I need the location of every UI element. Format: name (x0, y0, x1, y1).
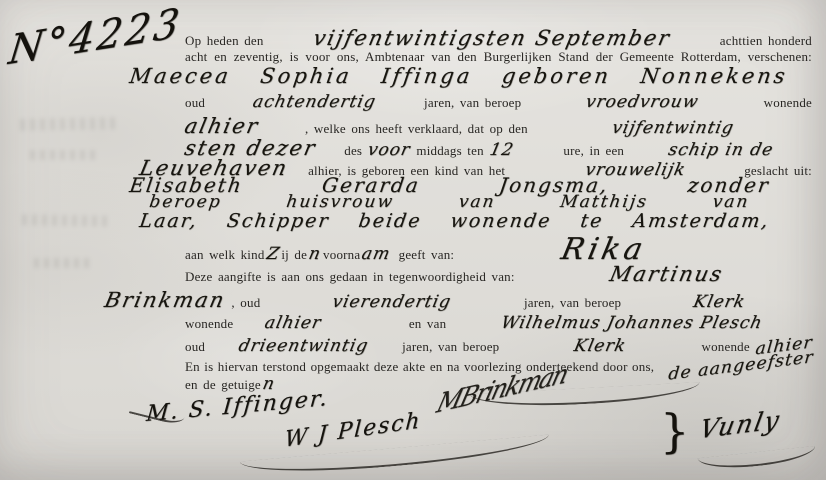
declarant-age: achtendertig (209, 92, 420, 112)
witness1-profession: Klerk (625, 292, 814, 312)
mother-details: beroep huisvrouw van Matthijs van (148, 192, 751, 212)
printed-text: jaren, van beroep (402, 339, 499, 355)
father-details: Laar, Schipper beide wonende te Amsterda… (138, 210, 771, 232)
printed-text: , oud (231, 295, 260, 311)
declarant-name: Maecea Sophia Iffinga geboren Nonnekens (128, 64, 789, 88)
line-child-name: aan welk kind Z ij de n voorna am geeft … (185, 232, 812, 266)
handwritten-correction: am (360, 244, 393, 264)
line-witness1-details: Brinkman , oud vierendertig jaren, van b… (105, 288, 812, 314)
signature-registrar: Vunly (697, 405, 783, 445)
signature-brace: } (660, 404, 689, 458)
line-witness2: wonende alhier en van Wilhelmus Johannes… (185, 313, 812, 337)
witness1-residence: alhier (263, 313, 323, 333)
line-declarant-details: oud achtendertig jaren, van beroep vroed… (185, 92, 812, 116)
declarant-profession: vroedvrouw (525, 92, 760, 112)
birth-certificate-document: N°4223 Op heden den vijfentwintigsten Se… (0, 0, 826, 480)
printed-text: achttien honderd (720, 33, 812, 49)
line-registration-date: Op heden den vijfentwintigsten September… (185, 26, 812, 50)
printed-text: en van (409, 316, 447, 332)
bleedthrough-mark (22, 214, 110, 227)
printed-text: wonende (185, 316, 233, 332)
witness1-firstname: Martinus (518, 262, 814, 286)
declarant-residence: alhier (182, 114, 261, 138)
witness2-age: drieentwintig (209, 336, 398, 356)
bleedthrough-mark (20, 117, 120, 131)
printed-text: aan welk kind (185, 247, 265, 263)
printed-text: En is hiervan terstond opgemaakt deze ak… (185, 359, 654, 375)
registration-date: vijfentwintigsten September (267, 26, 716, 50)
line-declaration: alhier , welke ons heeft verklaard, dat … (185, 114, 812, 138)
witness2-name: Wilhelmus Johannes Plesch (450, 313, 814, 333)
printed-text: geeft van: (399, 247, 455, 263)
witness1-lastname: Brinkman (102, 288, 228, 312)
handwritten-correction: n (307, 244, 323, 264)
line-witness-intro: Deze aangifte is aan ons gedaan in tegen… (185, 262, 812, 290)
printed-text: voorna (323, 247, 360, 263)
bleedthrough-mark (34, 258, 94, 268)
signature-flourish (698, 446, 817, 472)
printed-text: Op heden den (185, 33, 264, 49)
printed-text: jaren, van beroep (424, 95, 521, 111)
bleedthrough-mark (30, 150, 100, 160)
handwritten-correction: Z (264, 244, 281, 264)
printed-text: wonende (702, 339, 750, 355)
printed-text: Deze aangifte is aan ons gedaan in tegen… (185, 269, 515, 285)
printed-text: ij de (281, 247, 307, 263)
witness2-profession: Klerk (503, 336, 697, 356)
line-registrar-statement: acht en zeventig, is voor ons, Ambtenaar… (185, 49, 812, 65)
printed-text: en de getuige (185, 377, 261, 393)
printed-text: oud (185, 95, 205, 111)
printed-text: oud (185, 339, 205, 355)
signature-witness2: W J Plesch (284, 408, 423, 453)
printed-text: wonende (764, 95, 812, 111)
birth-date-word: vijfentwintig (532, 118, 814, 138)
printed-text: , welke ons heeft verklaard, dat op den (305, 121, 528, 137)
witness1-age: vierendertig (264, 292, 520, 312)
printed-text: jaren, van beroep (524, 295, 621, 311)
